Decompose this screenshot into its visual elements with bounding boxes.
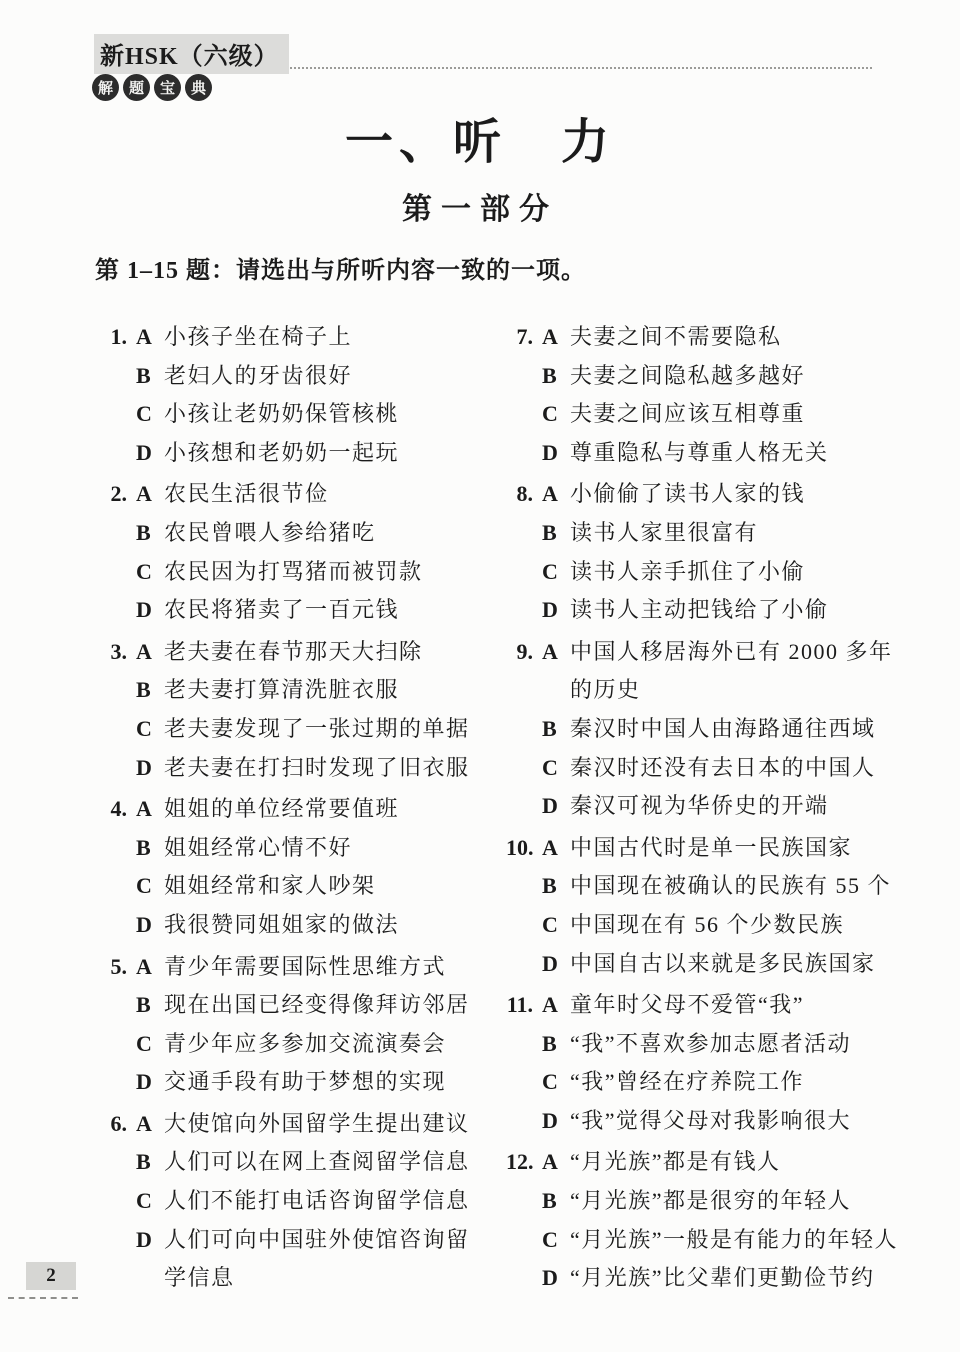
question-number: 6. (100, 1105, 132, 1144)
option-letter: B (132, 986, 164, 1025)
option-letter: A (538, 633, 570, 710)
option-text: 小孩子坐在椅子上 (164, 318, 500, 357)
option-text: 尊重隐私与尊重人格无关 (570, 434, 920, 473)
option-letter: D (132, 906, 164, 945)
option-row: 5.A青少年需要国际性思维方式 (100, 948, 500, 987)
option-row: D小孩想和老奶奶一起玩 (100, 434, 500, 473)
option-row: C小孩让老奶奶保管核桃 (100, 395, 500, 434)
option-row: C农民因为打骂猪而被罚款 (100, 553, 500, 592)
option-letter: A (132, 475, 164, 514)
option-letter: C (538, 553, 570, 592)
logo-badge-icon: 题 (123, 74, 150, 101)
option-row: B“月光族”都是很穷的年轻人 (506, 1182, 920, 1221)
question-12: 12.A“月光族”都是有钱人 B“月光族”都是很穷的年轻人 C“月光族”一般是有… (506, 1143, 920, 1297)
question-10: 10.A中国古代时是单一民族国家 B中国现在被确认的民族有 55 个 C中国现在… (506, 829, 920, 983)
option-row: D老夫妻在打扫时发现了旧衣服 (100, 749, 500, 788)
option-text: 人们可向中国驻外使馆咨询留 学信息 (164, 1221, 500, 1298)
option-row: B人们可以在网上查阅留学信息 (100, 1143, 500, 1182)
option-letter: C (538, 906, 570, 945)
option-letter: C (538, 395, 570, 434)
question-number (506, 1259, 538, 1298)
option-letter: A (132, 633, 164, 672)
question-number (100, 357, 132, 396)
question-number (506, 787, 538, 826)
question-number (100, 1063, 132, 1102)
question-number: 8. (506, 475, 538, 514)
question-number (100, 591, 132, 630)
option-letter: B (538, 710, 570, 749)
option-text: 童年时父母不爱管“我” (570, 986, 920, 1025)
option-row: 8.A小偷偷了读书人家的钱 (506, 475, 920, 514)
section-title: 一、听 力 (0, 103, 960, 172)
option-text: 农民将猪卖了一百元钱 (164, 591, 500, 630)
option-letter: B (132, 829, 164, 868)
option-text: 人们可以在网上查阅留学信息 (164, 1143, 500, 1182)
option-row: D农民将猪卖了一百元钱 (100, 591, 500, 630)
option-row: D交通手段有助于梦想的实现 (100, 1063, 500, 1102)
option-text: 小孩让老奶奶保管核桃 (164, 395, 500, 434)
option-letter: A (538, 475, 570, 514)
question-number (100, 1182, 132, 1221)
question-4: 4.A姐姐的单位经常要值班 B姐姐经常心情不好 C姐姐经常和家人吵架 D我很赞同… (100, 790, 500, 944)
question-number (100, 671, 132, 710)
question-number (506, 357, 538, 396)
option-text: 中国现在被确认的民族有 55 个 (570, 867, 920, 906)
option-text: “月光族”都是有钱人 (570, 1143, 920, 1182)
option-letter: C (132, 395, 164, 434)
option-letter: B (538, 1182, 570, 1221)
question-number (506, 1025, 538, 1064)
option-text: 老夫妻在春节那天大扫除 (164, 633, 500, 672)
option-text: 现在出国已经变得像拜访邻居 (164, 986, 500, 1025)
option-text: 读书人家里很富有 (570, 514, 920, 553)
question-column-left: 1.A小孩子坐在椅子上 B老妇人的牙齿很好 C小孩让老奶奶保管核桃 D小孩想和老… (100, 318, 500, 1301)
question-number (100, 1143, 132, 1182)
option-row: B中国现在被确认的民族有 55 个 (506, 867, 920, 906)
option-text: 姐姐经常和家人吵架 (164, 867, 500, 906)
question-number (100, 434, 132, 473)
question-number (506, 1063, 538, 1102)
option-row: D秦汉可视为华侨史的开端 (506, 787, 920, 826)
option-letter: B (538, 357, 570, 396)
logo-badge-icon: 典 (185, 74, 212, 101)
option-letter: C (132, 1182, 164, 1221)
option-text: 夫妻之间应该互相尊重 (570, 395, 920, 434)
page-number-rule (8, 1297, 78, 1299)
option-row: 12.A“月光族”都是有钱人 (506, 1143, 920, 1182)
option-text: 中国人移居海外已有 2000 多年 的历史 (570, 633, 920, 710)
question-number (506, 395, 538, 434)
option-row: 10.A中国古代时是单一民族国家 (506, 829, 920, 868)
option-text: 夫妻之间不需要隐私 (570, 318, 920, 357)
question-number (506, 906, 538, 945)
option-text: 读书人主动把钱给了小偷 (570, 591, 920, 630)
question-1: 1.A小孩子坐在椅子上 B老妇人的牙齿很好 C小孩让老奶奶保管核桃 D小孩想和老… (100, 318, 500, 472)
page-number-badge: 2 (26, 1262, 76, 1290)
option-text: 老夫妻发现了一张过期的单据 (164, 710, 500, 749)
option-text: 秦汉时中国人由海路通往西域 (570, 710, 920, 749)
question-number (100, 749, 132, 788)
question-number (506, 1182, 538, 1221)
option-row: C秦汉时还没有去日本的中国人 (506, 749, 920, 788)
book-logo: 解 题 宝 典 (92, 74, 212, 101)
question-11: 11.A童年时父母不爱管“我” B“我”不喜欢参加志愿者活动 C“我”曾经在疗养… (506, 986, 920, 1140)
question-number (506, 945, 538, 984)
question-column-right: 7.A夫妻之间不需要隐私 B夫妻之间隐私越多越好 C夫妻之间应该互相尊重 D尊重… (506, 318, 920, 1301)
option-text: 青少年需要国际性思维方式 (164, 948, 500, 987)
option-text: 老妇人的牙齿很好 (164, 357, 500, 396)
question-number: 2. (100, 475, 132, 514)
question-6: 6.A大使馆向外国留学生提出建议 B人们可以在网上查阅留学信息 C人们不能打电话… (100, 1105, 500, 1298)
question-number (506, 591, 538, 630)
option-letter: A (132, 1105, 164, 1144)
option-text: “月光族”一般是有能力的年轻人 (570, 1221, 920, 1260)
option-letter: A (538, 318, 570, 357)
option-row: C“我”曾经在疗养院工作 (506, 1063, 920, 1102)
question-number: 9. (506, 633, 538, 710)
option-row: 9.A中国人移居海外已有 2000 多年 的历史 (506, 633, 920, 710)
option-letter: D (538, 945, 570, 984)
instructions: 第 1–15 题：请选出与所听内容一致的一项。 (95, 250, 586, 285)
option-text: 青少年应多参加交流演奏会 (164, 1025, 500, 1064)
option-row: D人们可向中国驻外使馆咨询留 学信息 (100, 1221, 500, 1298)
option-letter: B (132, 671, 164, 710)
option-row: B现在出国已经变得像拜访邻居 (100, 986, 500, 1025)
option-text: 老夫妻打算清洗脏衣服 (164, 671, 500, 710)
option-text: 交通手段有助于梦想的实现 (164, 1063, 500, 1102)
option-row: D尊重隐私与尊重人格无关 (506, 434, 920, 473)
part-title: 第一部分 (0, 184, 960, 228)
question-number: 4. (100, 790, 132, 829)
option-row: C青少年应多参加交流演奏会 (100, 1025, 500, 1064)
question-number: 11. (506, 986, 538, 1025)
option-letter: D (132, 749, 164, 788)
option-letter: D (538, 1102, 570, 1141)
option-letter: C (132, 710, 164, 749)
question-number: 7. (506, 318, 538, 357)
option-letter: C (132, 867, 164, 906)
question-number (506, 749, 538, 788)
option-row: C人们不能打电话咨询留学信息 (100, 1182, 500, 1221)
option-letter: D (132, 1063, 164, 1102)
option-text: 人们不能打电话咨询留学信息 (164, 1182, 500, 1221)
option-row: B夫妻之间隐私越多越好 (506, 357, 920, 396)
question-number (100, 710, 132, 749)
question-number (506, 1221, 538, 1260)
option-text: 中国自古以来就是多民族国家 (570, 945, 920, 984)
question-9: 9.A中国人移居海外已有 2000 多年 的历史 B秦汉时中国人由海路通往西域 … (506, 633, 920, 826)
option-row: D我很赞同姐姐家的做法 (100, 906, 500, 945)
question-number: 10. (506, 829, 538, 868)
question-2: 2.A农民生活很节俭 B农民曾喂人参给猪吃 C农民因为打骂猪而被罚款 D农民将猪… (100, 475, 500, 629)
question-number (100, 867, 132, 906)
question-number (100, 1221, 132, 1298)
document-page: 新HSK（六级） 解 题 宝 典 一、听 力 第一部分 第 1–15 题：请选出… (0, 0, 960, 1352)
option-letter: B (538, 1025, 570, 1064)
option-letter: C (538, 1063, 570, 1102)
option-text: “我”不喜欢参加志愿者活动 (570, 1025, 920, 1064)
option-row: C读书人亲手抓住了小偷 (506, 553, 920, 592)
option-row: 4.A姐姐的单位经常要值班 (100, 790, 500, 829)
option-row: 11.A童年时父母不爱管“我” (506, 986, 920, 1025)
option-letter: D (538, 1259, 570, 1298)
question-number (506, 514, 538, 553)
option-text: 农民因为打骂猪而被罚款 (164, 553, 500, 592)
option-row: 7.A夫妻之间不需要隐私 (506, 318, 920, 357)
option-text: 小孩想和老奶奶一起玩 (164, 434, 500, 473)
question-7: 7.A夫妻之间不需要隐私 B夫妻之间隐私越多越好 C夫妻之间应该互相尊重 D尊重… (506, 318, 920, 472)
option-letter: A (132, 790, 164, 829)
option-letter: B (132, 514, 164, 553)
option-text: 秦汉可视为华侨史的开端 (570, 787, 920, 826)
option-letter: D (132, 1221, 164, 1298)
option-text: 姐姐的单位经常要值班 (164, 790, 500, 829)
option-row: B老夫妻打算清洗脏衣服 (100, 671, 500, 710)
option-row: 3.A老夫妻在春节那天大扫除 (100, 633, 500, 672)
option-letter: B (538, 514, 570, 553)
question-number (506, 434, 538, 473)
option-text: 姐姐经常心情不好 (164, 829, 500, 868)
question-number (100, 395, 132, 434)
option-row: C姐姐经常和家人吵架 (100, 867, 500, 906)
option-text: “月光族”都是很穷的年轻人 (570, 1182, 920, 1221)
option-text: 小偷偷了读书人家的钱 (570, 475, 920, 514)
option-letter: B (538, 867, 570, 906)
option-text: “我”曾经在疗养院工作 (570, 1063, 920, 1102)
question-number (506, 710, 538, 749)
option-text: 读书人亲手抓住了小偷 (570, 553, 920, 592)
option-letter: A (538, 829, 570, 868)
option-text: 老夫妻在打扫时发现了旧衣服 (164, 749, 500, 788)
question-number (506, 553, 538, 592)
option-letter: C (538, 749, 570, 788)
option-text: 中国现在有 56 个少数民族 (570, 906, 920, 945)
option-row: B读书人家里很富有 (506, 514, 920, 553)
question-number (100, 553, 132, 592)
option-text: “月光族”比父辈们更勤俭节约 (570, 1259, 920, 1298)
option-letter: C (132, 1025, 164, 1064)
option-text: “我”觉得父母对我影响很大 (570, 1102, 920, 1141)
option-text: 农民曾喂人参给猪吃 (164, 514, 500, 553)
option-letter: C (132, 553, 164, 592)
option-row: C“月光族”一般是有能力的年轻人 (506, 1221, 920, 1260)
option-letter: D (538, 787, 570, 826)
option-row: C老夫妻发现了一张过期的单据 (100, 710, 500, 749)
question-number (506, 867, 538, 906)
option-letter: B (132, 357, 164, 396)
option-text: 夫妻之间隐私越多越好 (570, 357, 920, 396)
option-letter: D (132, 434, 164, 473)
question-number (100, 514, 132, 553)
option-text: 中国古代时是单一民族国家 (570, 829, 920, 868)
question-number (100, 829, 132, 868)
option-row: B姐姐经常心情不好 (100, 829, 500, 868)
option-row: C夫妻之间应该互相尊重 (506, 395, 920, 434)
option-letter: A (538, 1143, 570, 1182)
option-row: B秦汉时中国人由海路通往西域 (506, 710, 920, 749)
question-number: 1. (100, 318, 132, 357)
option-letter: A (132, 318, 164, 357)
option-text: 我很赞同姐姐家的做法 (164, 906, 500, 945)
option-row: D读书人主动把钱给了小偷 (506, 591, 920, 630)
book-series-title: 新HSK（六级） (94, 34, 289, 74)
option-row: B老妇人的牙齿很好 (100, 357, 500, 396)
option-letter: A (538, 986, 570, 1025)
option-row: D“月光族”比父辈们更勤俭节约 (506, 1259, 920, 1298)
option-row: C中国现在有 56 个少数民族 (506, 906, 920, 945)
question-number: 3. (100, 633, 132, 672)
option-letter: B (132, 1143, 164, 1182)
option-text: 农民生活很节俭 (164, 475, 500, 514)
option-letter: A (132, 948, 164, 987)
question-8: 8.A小偷偷了读书人家的钱 B读书人家里很富有 C读书人亲手抓住了小偷 D读书人… (506, 475, 920, 629)
question-number (100, 906, 132, 945)
question-number (100, 1025, 132, 1064)
option-text: 大使馆向外国留学生提出建议 (164, 1105, 500, 1144)
option-row: 1.A小孩子坐在椅子上 (100, 318, 500, 357)
option-text: 秦汉时还没有去日本的中国人 (570, 749, 920, 788)
option-row: B“我”不喜欢参加志愿者活动 (506, 1025, 920, 1064)
option-letter: D (132, 591, 164, 630)
question-number (506, 1102, 538, 1141)
option-letter: C (538, 1221, 570, 1260)
option-row: D中国自古以来就是多民族国家 (506, 945, 920, 984)
option-row: 2.A农民生活很节俭 (100, 475, 500, 514)
option-row: 6.A大使馆向外国留学生提出建议 (100, 1105, 500, 1144)
option-row: B农民曾喂人参给猪吃 (100, 514, 500, 553)
option-row: D“我”觉得父母对我影响很大 (506, 1102, 920, 1141)
option-letter: D (538, 434, 570, 473)
option-letter: D (538, 591, 570, 630)
question-number (100, 986, 132, 1025)
question-5: 5.A青少年需要国际性思维方式 B现在出国已经变得像拜访邻居 C青少年应多参加交… (100, 948, 500, 1102)
question-number: 5. (100, 948, 132, 987)
question-number: 12. (506, 1143, 538, 1182)
logo-badge-icon: 宝 (154, 74, 181, 101)
logo-badge-icon: 解 (92, 74, 119, 101)
question-3: 3.A老夫妻在春节那天大扫除 B老夫妻打算清洗脏衣服 C老夫妻发现了一张过期的单… (100, 633, 500, 787)
